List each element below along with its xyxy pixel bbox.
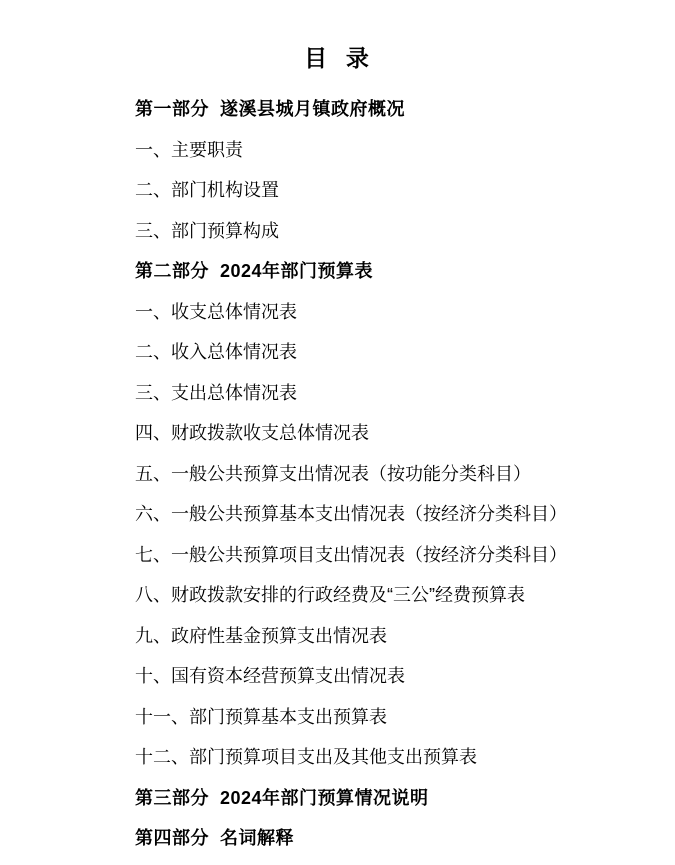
toc-entry: 四、财政拨款收支总体情况表 [135, 412, 635, 453]
toc-entry: 九、政府性基金预算支出情况表 [135, 615, 635, 656]
toc-entry: 三、支出总体情况表 [135, 372, 635, 413]
toc-entry: 七、一般公共预算项目支出情况表（按经济分类科目） [135, 534, 635, 575]
toc-entry: 十、国有资本经营预算支出情况表 [135, 655, 635, 696]
document-page: 目 录 第一部分 遂溪县城月镇政府概况 一、主要职责 二、部门机构设置 三、部门… [0, 0, 675, 865]
page-title: 目 录 [0, 0, 675, 74]
toc-entry: 十二、部门预算项目支出及其他支出预算表 [135, 736, 635, 777]
toc-section-header: 第二部分 2024年部门预算表 [135, 250, 635, 291]
toc-section-header: 第四部分 名词解释 [135, 817, 635, 858]
toc-entry: 二、收入总体情况表 [135, 331, 635, 372]
toc-section-header: 第一部分 遂溪县城月镇政府概况 [135, 88, 635, 129]
table-of-contents: 第一部分 遂溪县城月镇政府概况 一、主要职责 二、部门机构设置 三、部门预算构成… [0, 88, 675, 858]
toc-entry: 一、收支总体情况表 [135, 291, 635, 332]
toc-entry: 十一、部门预算基本支出预算表 [135, 696, 635, 737]
toc-section-header: 第三部分 2024年部门预算情况说明 [135, 777, 635, 818]
toc-entry: 五、一般公共预算支出情况表（按功能分类科目） [135, 453, 635, 494]
toc-entry: 一、主要职责 [135, 129, 635, 170]
toc-entry: 六、一般公共预算基本支出情况表（按经济分类科目） [135, 493, 635, 534]
toc-entry: 三、部门预算构成 [135, 210, 635, 251]
toc-entry: 二、部门机构设置 [135, 169, 635, 210]
toc-entry: 八、财政拨款安排的行政经费及“三公”经费预算表 [135, 574, 635, 615]
